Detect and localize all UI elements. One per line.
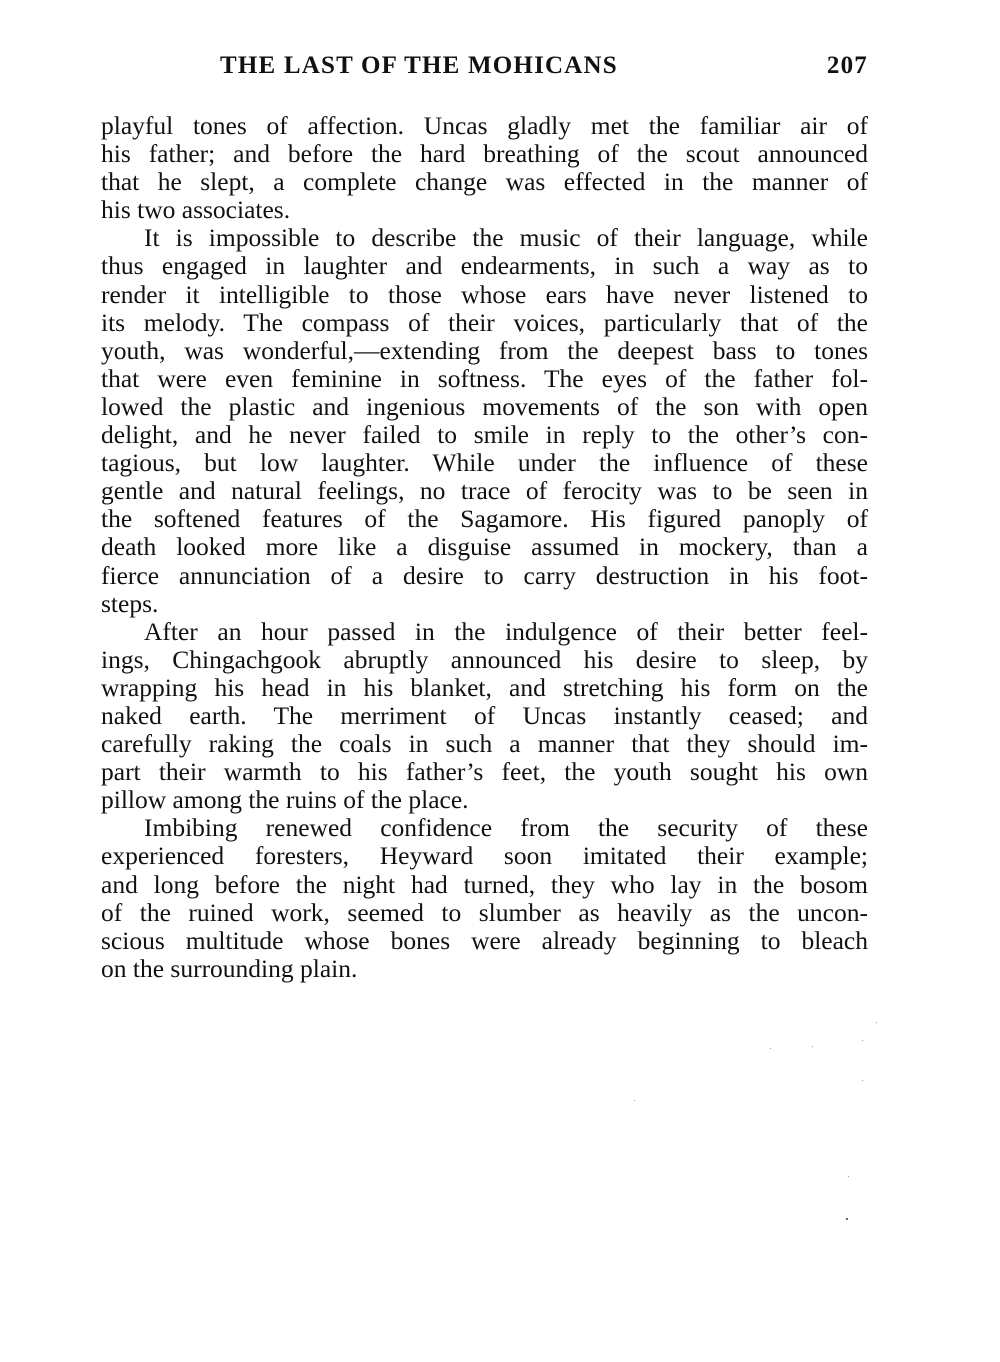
page-number: 207 <box>827 52 868 80</box>
text-line: gentle and natural feelings, no trace of… <box>101 477 868 505</box>
text-line: tagious, but low laughter. While under t… <box>101 449 868 477</box>
text-line: carefully raking the coals in such a man… <box>101 730 868 758</box>
scan-speck <box>862 1080 863 1081</box>
text-line: its melody. The compass of their voices,… <box>101 309 868 337</box>
text-line: death looked more like a disguise assume… <box>101 533 868 561</box>
text-line: fierce annunciation of a desire to carry… <box>101 562 868 590</box>
text-line: on the surrounding plain. <box>101 955 868 983</box>
scan-speck <box>634 1100 635 1101</box>
text-line: render it intelligible to those whose ea… <box>101 281 868 309</box>
scan-speck <box>770 1048 771 1049</box>
text-line: of the ruined work, seemed to slumber as… <box>101 899 868 927</box>
text-line: experienced foresters, Heyward soon imit… <box>101 842 868 870</box>
text-line: that he slept, a complete change was eff… <box>101 168 868 196</box>
scan-speck <box>862 1040 863 1041</box>
text-line: thus engaged in laughter and endearments… <box>101 252 868 280</box>
book-page: THE LAST OF THE MOHICANS 207 playful ton… <box>0 0 1000 1362</box>
text-line: the softened features of the Sagamore. H… <box>101 505 868 533</box>
text-line: lowed the plastic and ingenious movement… <box>101 393 868 421</box>
paragraph: After an hour passed in the indulgence o… <box>101 618 868 815</box>
text-line: scious multitude whose bones were alread… <box>101 927 868 955</box>
body-text: playful tones of affection. Uncas gladly… <box>101 112 868 983</box>
text-line: and long before the night had turned, th… <box>101 871 868 899</box>
text-line: naked earth. The merriment of Uncas inst… <box>101 702 868 730</box>
text-line: steps. <box>101 590 868 618</box>
text-line: playful tones of affection. Uncas gladly… <box>101 112 868 140</box>
scan-speck <box>846 1218 848 1220</box>
scan-speck <box>848 1176 849 1177</box>
text-line: It is impossible to describe the music o… <box>101 224 868 252</box>
text-line: wrapping his head in his blanket, and st… <box>101 674 868 702</box>
text-line: delight, and he never failed to smile in… <box>101 421 868 449</box>
text-line: ings, Chingachgook abruptly announced hi… <box>101 646 868 674</box>
paragraph: Imbibing renewed confidence from the sec… <box>101 814 868 983</box>
scan-speck <box>812 1046 813 1047</box>
paragraph: It is impossible to describe the music o… <box>101 224 868 617</box>
paragraph: playful tones of affection. Uncas gladly… <box>101 112 868 224</box>
text-line: that were even feminine in softness. The… <box>101 365 868 393</box>
text-line: his father; and before the hard breathin… <box>101 140 868 168</box>
text-line: pillow among the ruins of the place. <box>101 786 868 814</box>
text-line: youth, was wonderful,—extending from the… <box>101 337 868 365</box>
scan-speck <box>876 1022 877 1023</box>
text-line: Imbibing renewed confidence from the sec… <box>101 814 868 842</box>
text-line: After an hour passed in the indulgence o… <box>101 618 868 646</box>
text-line: part their warmth to his father’s feet, … <box>101 758 868 786</box>
running-title: THE LAST OF THE MOHICANS <box>220 52 618 80</box>
text-line: his two associates. <box>101 196 868 224</box>
page-header: THE LAST OF THE MOHICANS 207 <box>100 52 868 84</box>
